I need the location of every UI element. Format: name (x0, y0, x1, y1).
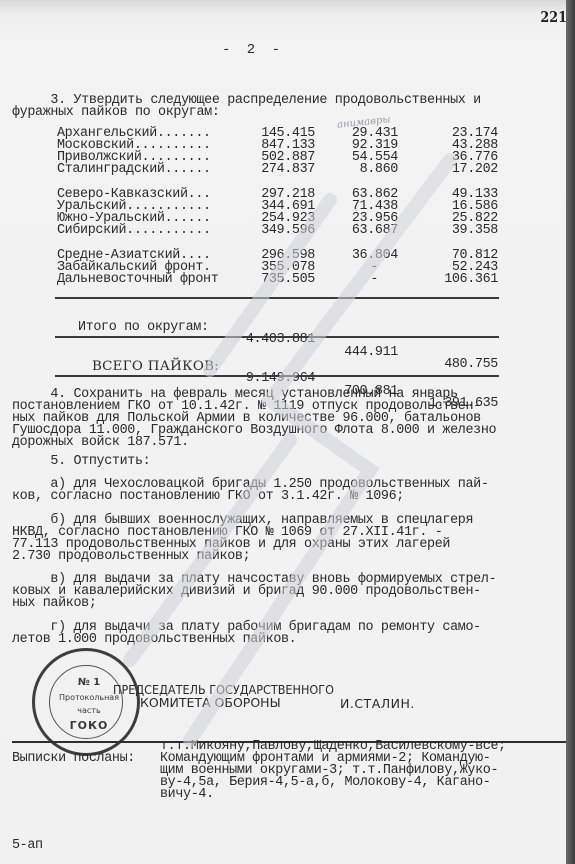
forage-rations-cell-2: 106.361 (380, 274, 498, 287)
table-rule-top (55, 297, 499, 299)
section-5b-line-4: 2.730 продовольственных пайков; (12, 551, 250, 564)
section-5a-line-2: ков, согласно постановлению ГКО от 3.1.4… (12, 491, 404, 504)
section-4-line-5: дорожных войск 187.571. (12, 437, 189, 450)
scan-edge (566, 0, 575, 864)
archive-page-number: 221 (540, 8, 567, 26)
stamp-line-3: ГОКО (35, 719, 143, 732)
district-cell: Сибирский........... (57, 225, 211, 238)
forage-rations-cell-1: - (290, 274, 378, 287)
section-5-heading: 5. Отпустить: (12, 456, 150, 469)
district-cell: Дальневосточный фронт (57, 274, 218, 287)
section-5v-line-3: ных пайков; (12, 598, 97, 611)
distribution-line-5: вичу-4. (160, 789, 214, 802)
district-cell: Сталинградский...... (57, 164, 211, 177)
stamp-line-2: часть (35, 706, 143, 715)
section-3-line-2: фуражных пайков по округам: (12, 107, 220, 120)
signature-title-line-2: КОМИТЕТА ОБОРОНЫ (140, 697, 281, 710)
forage-rations-cell-2: 17.202 (380, 164, 498, 177)
subtotal-label: Итого по округам: (78, 322, 209, 335)
page-number: - 2 - (222, 42, 284, 58)
forage-rations-cell-2: 39.358 (380, 225, 498, 238)
official-stamp: № 1 Протокольная часть ГОКО (32, 648, 140, 756)
subtotal-forage-2: 480.755 (380, 359, 498, 372)
document-page: 221 - 2 - 3. Утвердить следующее распред… (0, 0, 566, 864)
total-label: ВСЕГО ПАЙКОВ: (92, 361, 219, 374)
signature-name: И.СТАЛИН. (340, 698, 415, 711)
footer-code: 5-ап (12, 840, 43, 853)
section-5g-line-2: летов 1.000 продовольственных пайков. (12, 634, 296, 647)
table-rule-bottom (55, 375, 499, 377)
table-rule-middle (55, 336, 499, 338)
distribution-label: Выписки посланы: (12, 753, 135, 766)
subtotal-forage-1: 444.911 (290, 347, 398, 360)
